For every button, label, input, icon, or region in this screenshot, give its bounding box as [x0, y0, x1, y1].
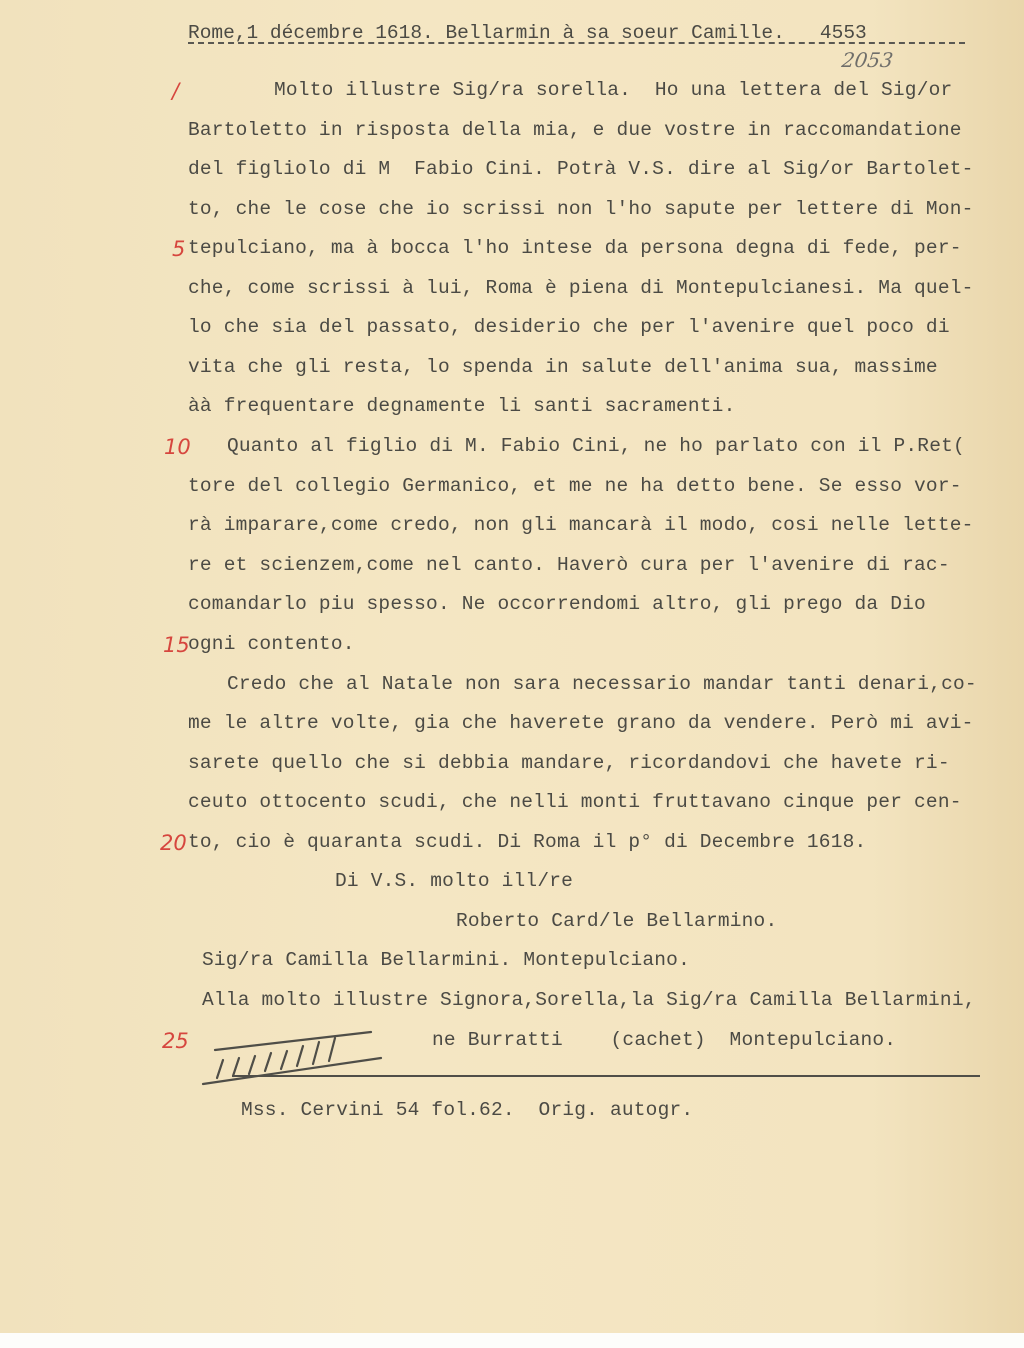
bottom-rule — [232, 1075, 980, 1077]
body-line-2: Bartoletto in risposta della mia, e due … — [188, 119, 962, 141]
superscription-line: Alla molto illustre Signora,Sorella,la S… — [202, 989, 976, 1011]
hatched-seal-icon — [195, 1028, 395, 1090]
margin-number-20: 20 — [160, 832, 187, 854]
margin-number-10: 10 — [164, 436, 191, 458]
body-line-1: Molto illustre Sig/ra sorella. Ho una le… — [274, 79, 952, 101]
margin-number-15: 15 — [163, 634, 190, 656]
body-line-11: tore del collegio Germanico, et me ne ha… — [188, 475, 962, 497]
margin-number-1: / — [172, 80, 179, 102]
body-line-15: ogni contento. — [188, 633, 355, 655]
body-line-20: to, cio è quaranta scudi. Di Roma il p° … — [188, 831, 866, 853]
recipient-line: Sig/ra Camilla Bellarmini. Montepulciano… — [202, 949, 690, 971]
body-line-3: del figliolo di M Fabio Cini. Potrà V.S.… — [188, 158, 974, 180]
body-line-10: Quanto al figlio di M. Fabio Cini, ne ho… — [227, 435, 965, 457]
handwritten-number: 2053 — [840, 48, 894, 72]
body-line-5: tepulciano, ma à bocca l'ho intese da pe… — [188, 237, 962, 259]
body-line-16: Credo che al Natale non sara necessario … — [227, 673, 977, 695]
body-line-18: sarete quello che si debbia mandare, ric… — [188, 752, 950, 774]
margin-number-25: 25 — [162, 1030, 189, 1052]
closing-salutation: Di V.S. molto ill/re — [335, 870, 573, 892]
document-header: Rome,1 décembre 1618. Bellarmin à sa soe… — [188, 22, 867, 44]
body-line-17: me le altre volte, gia che haverete gran… — [188, 712, 974, 734]
letter-number: 4553 — [820, 22, 867, 44]
header-dashed-rule — [188, 42, 965, 44]
source-note: Mss. Cervini 54 fol.62. Orig. autogr. — [241, 1099, 693, 1121]
body-line-4: to, che le cose che io scrissi non l'ho … — [188, 198, 974, 220]
body-line-9: àà frequentare degnamente li santi sacra… — [188, 395, 736, 417]
body-line-13: re et scienzem,come nel canto. Haverò cu… — [188, 554, 950, 576]
signature: Roberto Card/le Bellarmino. — [456, 910, 777, 932]
body-line-6: che, come scrissi à lui, Roma è piena di… — [188, 277, 974, 299]
body-line-14: comandarlo piu spesso. Ne occorrendomi a… — [188, 593, 926, 615]
body-line-19: ceuto ottocento scudi, che nelli monti f… — [188, 791, 962, 813]
header-title: Rome,1 décembre 1618. Bellarmin à sa soe… — [188, 22, 785, 44]
body-line-8: vita che gli resta, lo spenda in salute … — [188, 356, 938, 378]
paper-page: Rome,1 décembre 1618. Bellarmin à sa soe… — [0, 0, 1024, 1333]
seal-line: ne Burratti (cachet) Montepulciano. — [432, 1029, 896, 1051]
body-line-7: lo che sia del passato, desiderio che pe… — [188, 316, 950, 338]
margin-number-5: 5 — [172, 238, 185, 260]
body-line-12: rà imparare,come credo, non gli mancarà … — [188, 514, 974, 536]
